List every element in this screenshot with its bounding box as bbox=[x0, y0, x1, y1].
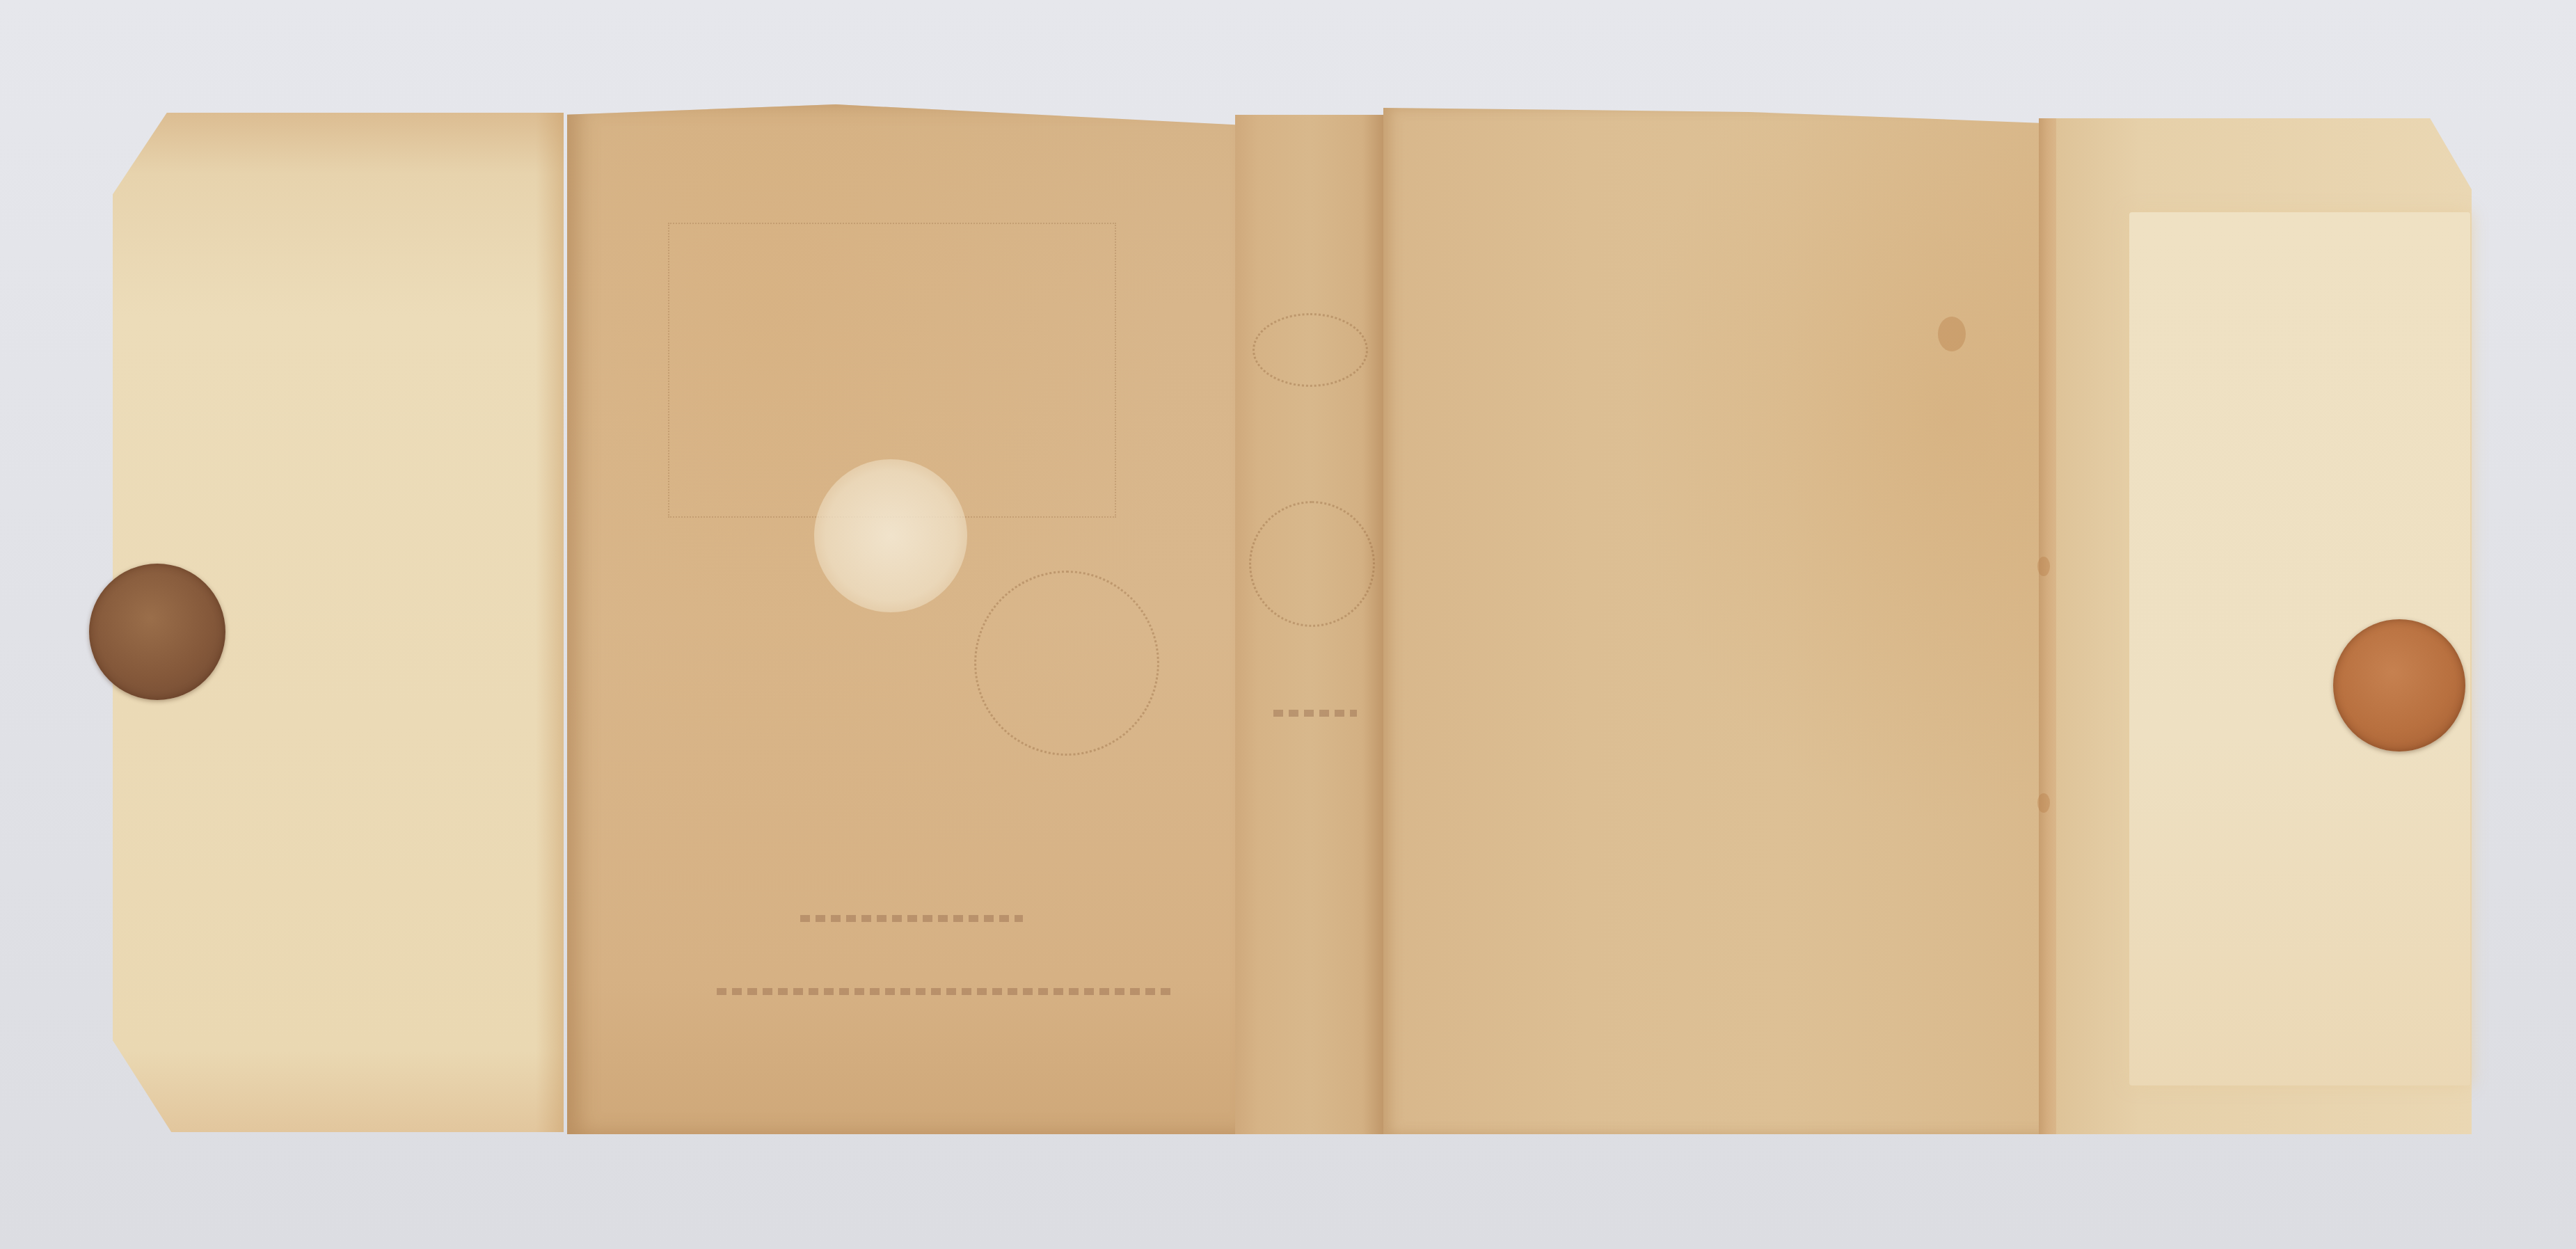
back-panel-pale-circle bbox=[814, 459, 967, 612]
back-panel-showthrough-line-2 bbox=[717, 988, 1176, 995]
coin-left bbox=[89, 564, 225, 700]
back-panel-dotted-ring bbox=[974, 571, 1159, 756]
photo-scene bbox=[0, 0, 2576, 1249]
spine-dotted-circle-2 bbox=[1249, 501, 1375, 627]
dust-jacket-front-panel bbox=[1383, 108, 2048, 1134]
fold-stain-1 bbox=[2037, 557, 2050, 576]
spine-dotted-circle bbox=[1253, 313, 1368, 387]
spine-showthrough-line bbox=[1273, 710, 1357, 717]
fold-stain-2 bbox=[2037, 793, 2050, 813]
coin-right bbox=[2333, 619, 2465, 751]
back-panel-showthrough-line-1 bbox=[800, 915, 1023, 922]
front-panel-stain bbox=[1938, 317, 1966, 351]
